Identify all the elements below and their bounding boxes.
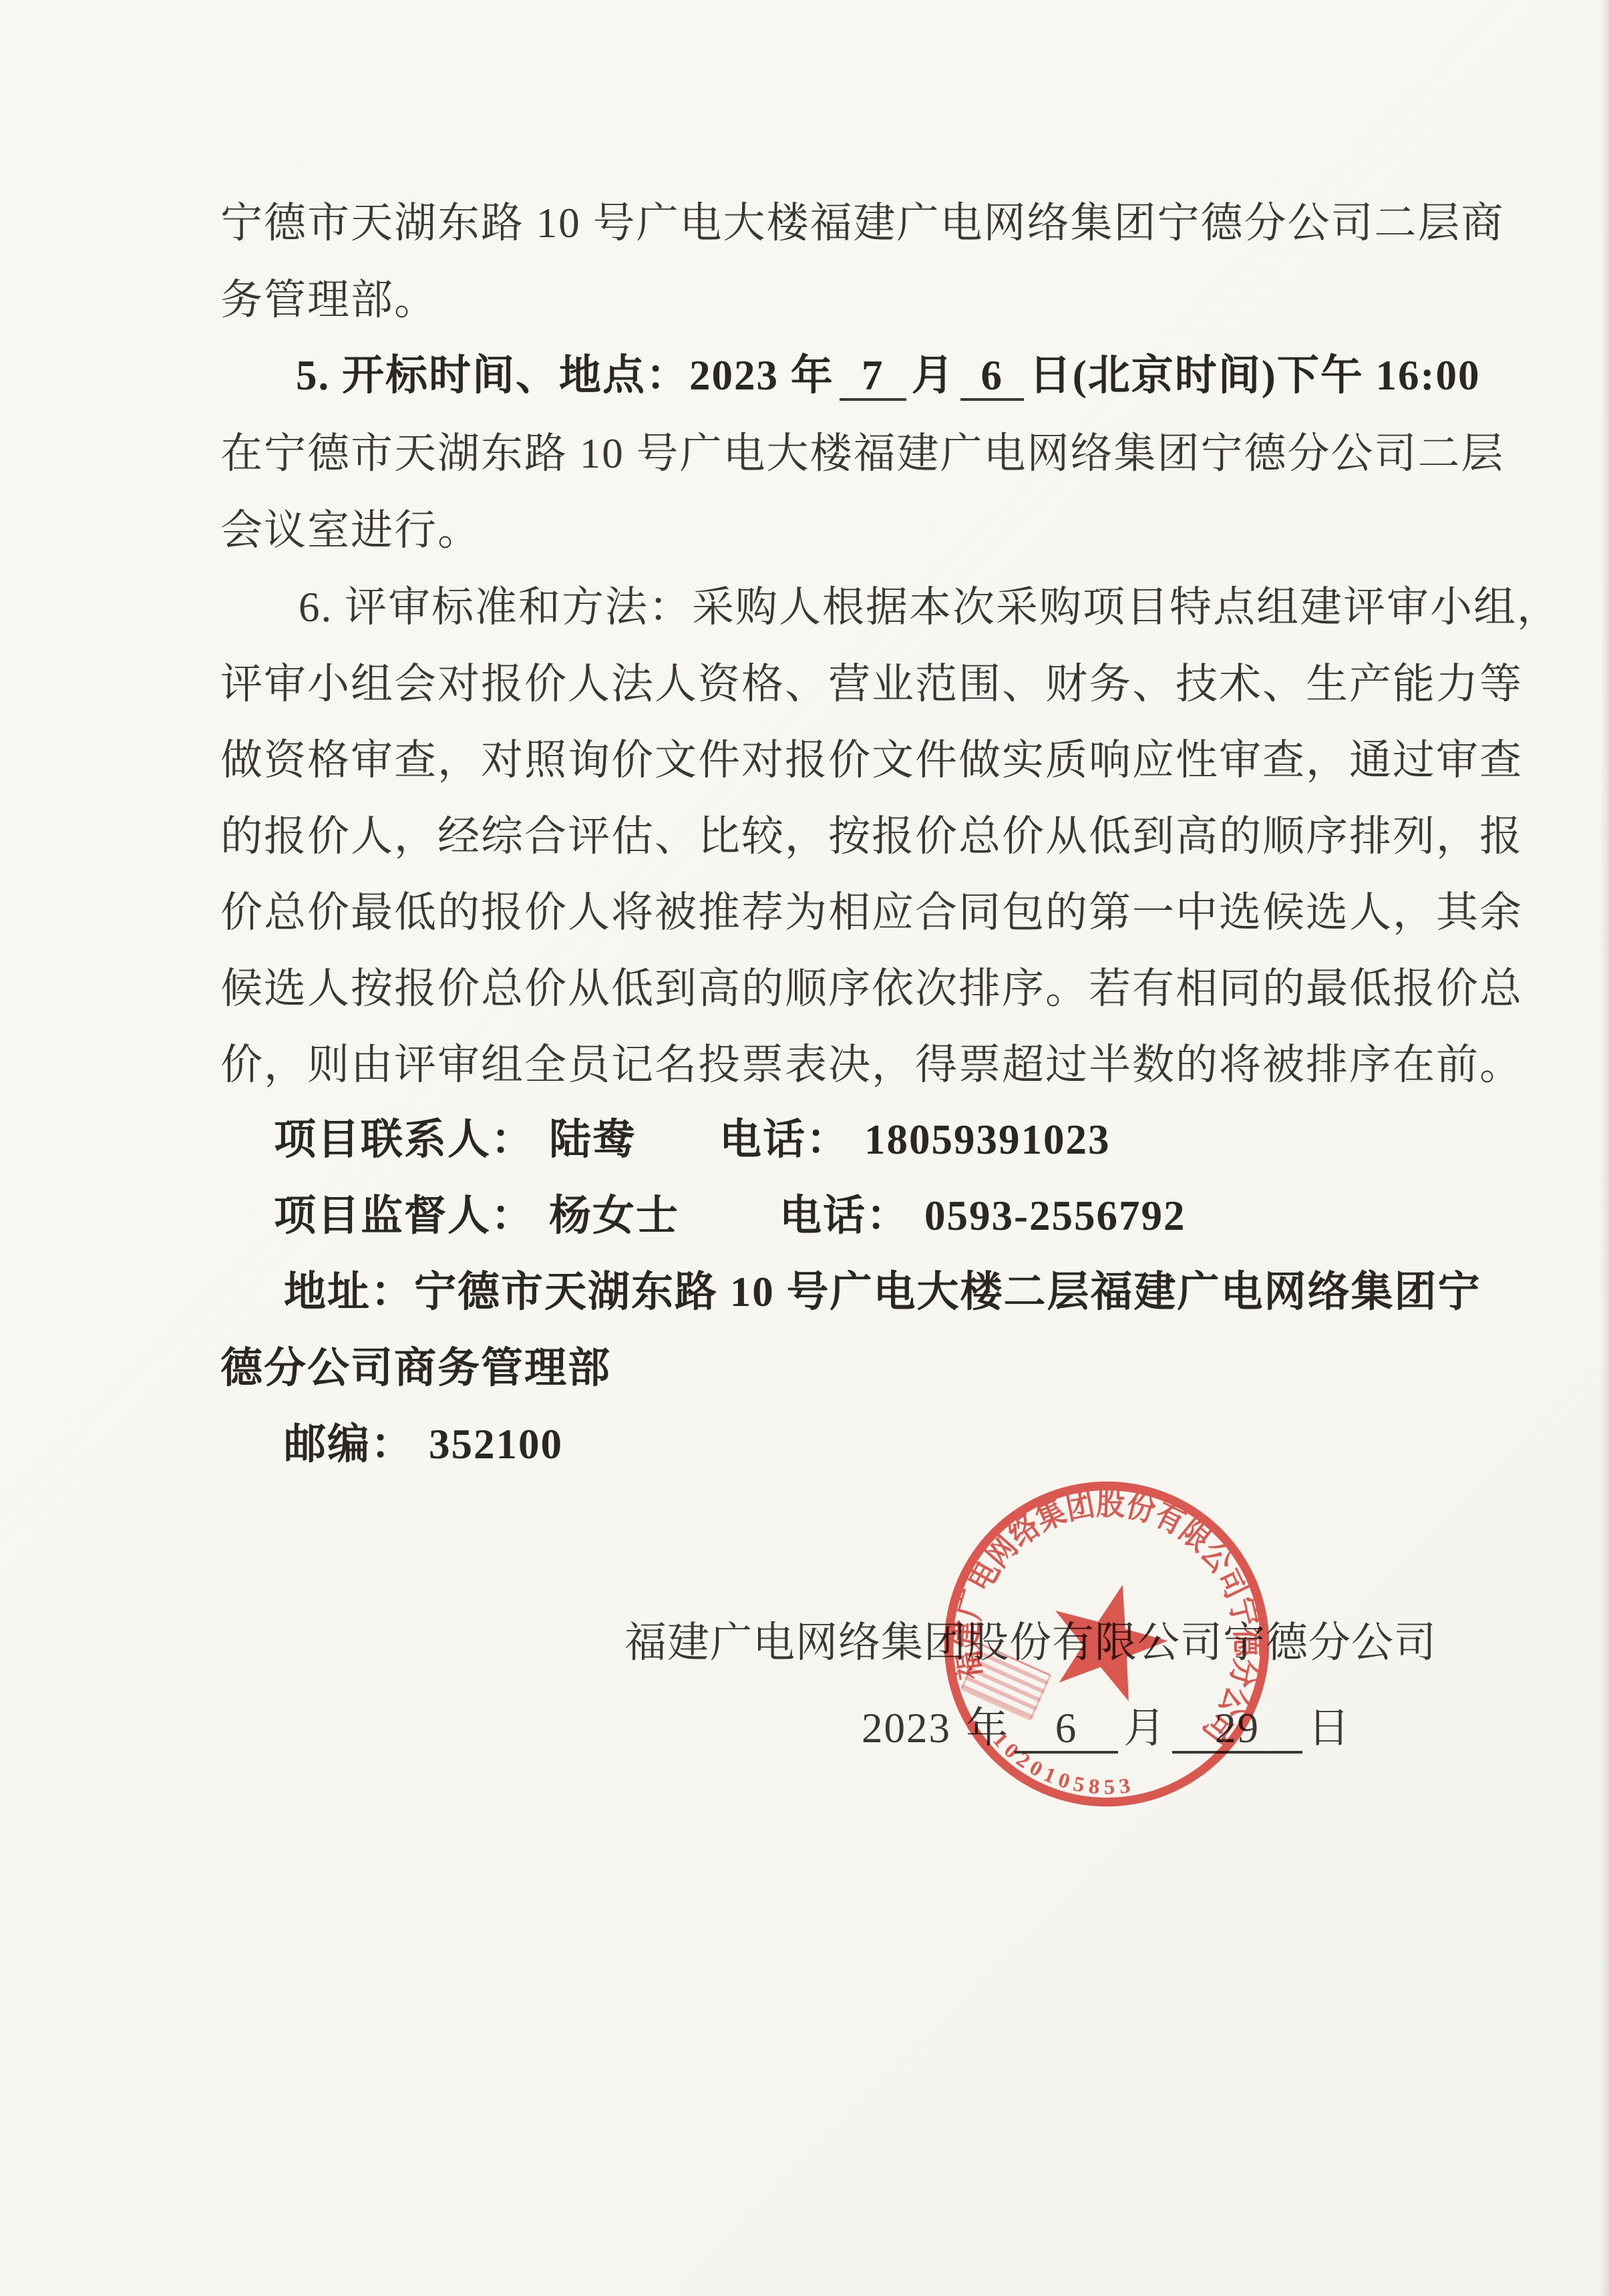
contact-phone-label: 电话： (719, 1116, 850, 1163)
bid-opening-day-underlined: 6 (960, 353, 1024, 401)
body-line-contact: 项目联系人：陆鸯电话：18059391023 (274, 1117, 1111, 1163)
supervisor-name: 杨女士 (549, 1192, 679, 1239)
bid-opening-suffix: 日(北京时间)下午 16:00 (1029, 352, 1481, 399)
contact-phone-number: 18059391023 (864, 1116, 1111, 1163)
postal-label: 邮编： (284, 1421, 414, 1468)
body-line-supervisor: 项目监督人：杨女士电话：0593-2556792 (274, 1193, 1186, 1239)
body-line-eval3: 做资格审查，对照询价文件对报价文件做实质响应性审查，通过审查 (220, 737, 1523, 784)
contact-label: 项目联系人： (274, 1116, 534, 1163)
body-line-eval4: 的报价人，经综合评估、比较，按报价总价从低到高的顺序排列，报 (220, 814, 1523, 860)
body-line-bid-opening: 5. 开标时间、地点：2023 年7月6日(北京时间)下午 16:00 (296, 353, 1480, 401)
supervisor-label: 项目监督人： (274, 1192, 534, 1239)
bid-opening-prefix: 5. 开标时间、地点：2023 年 (296, 352, 834, 399)
body-line-bid-location2: 会议室进行。 (220, 508, 481, 554)
body-line-eval2: 评审小组会对报价人法人资格、营业范围、财务、技术、生产能力等 (220, 661, 1523, 707)
body-line-eval1: 6. 评审标准和方法：采购人根据本次采购项目特点组建评审小组， (299, 585, 1560, 631)
body-line-eval6: 候选人按报价总价从低到高的顺序依次排序。若有相同的最低报价总 (220, 966, 1523, 1012)
postal-code: 352100 (429, 1421, 563, 1468)
seal-star-icon (1037, 1570, 1179, 1707)
body-line-eval5: 价总价最低的报价人将被推荐为相应合同包的第一中选候选人，其余 (220, 890, 1523, 936)
contact-name: 陆鸯 (549, 1116, 636, 1163)
body-line-postal: 邮编：352100 (284, 1422, 563, 1468)
signature-date-day-unit: 日 (1308, 1705, 1351, 1752)
company-seal: 福建广电网络集团股份有限公司宁德分公司 1020105853 (898, 1436, 1316, 1853)
document-page: 宁德市天湖东路 10 号广电大楼福建广电网络集团宁德分公司二层商 务管理部。 5… (0, 0, 1609, 2296)
body-line-bid-location1: 在宁德市天湖东路 10 号广电大楼福建广电网络集团宁德分公司二层 (220, 431, 1505, 477)
bid-opening-month-unit: 月 (912, 352, 955, 399)
bid-opening-month-underlined: 7 (840, 353, 906, 401)
supervisor-phone-number: 0593-2556792 (924, 1192, 1186, 1239)
body-line-eval7: 价，则由评审组全员记名投票表决，得票超过半数的将被排序在前。 (220, 1042, 1523, 1088)
body-line-office-address1: 地址：宁德市天湖东路 10 号广电大楼二层福建广电网络集团宁 (284, 1269, 1481, 1315)
body-line-address-part1: 宁德市天湖东路 10 号广电大楼福建广电网络集团宁德分公司二层商 (220, 200, 1505, 247)
scan-edge-shadow (1600, 0, 1609, 2296)
supervisor-phone-label: 电话： (779, 1192, 910, 1239)
body-line-address-part2: 务管理部。 (220, 277, 437, 323)
body-line-office-address2: 德分公司商务管理部 (220, 1345, 611, 1391)
